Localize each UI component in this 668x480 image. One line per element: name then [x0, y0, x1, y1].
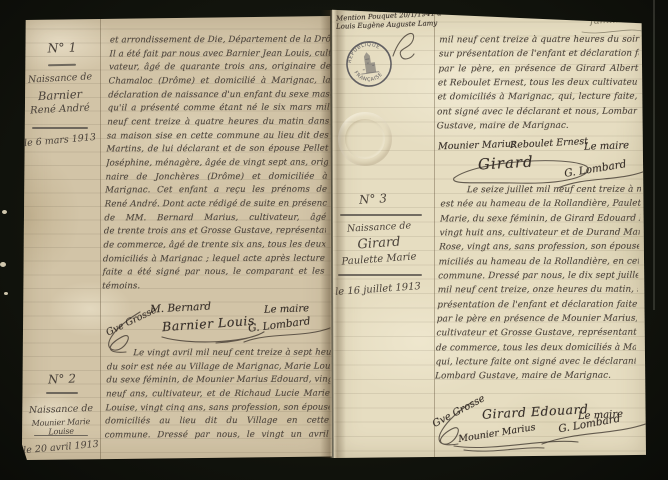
handwritten-line: commune. Dressé par nous, le dix sept ju… — [438, 269, 638, 284]
act2-body: Le vingt avril mil neuf cent treize à se… — [104, 347, 331, 443]
handwritten-line: miciliés au hameau de la Rollandière, en… — [438, 254, 638, 269]
act2-margin-label: Naissance de — [22, 403, 100, 417]
act3-margin-date: le 16 juillet 1913 — [328, 281, 429, 299]
handwritten-line: déclaration de naissance d'un enfant du … — [108, 88, 330, 102]
handwritten-line: et arrondissement de Die, Département de… — [110, 34, 332, 48]
handwritten-line: René André. Dont acte rédigé de suite en… — [104, 197, 326, 211]
handwritten-line: de commerce, tous les deux domiciliés à … — [436, 340, 636, 355]
margin-divider — [100, 16, 101, 460]
margin-rule — [46, 392, 78, 394]
margin-rule — [32, 127, 88, 129]
handwritten-line: faite a été signé par nous, le comparant… — [102, 266, 324, 280]
handwritten-line: Joséphine, ménagère, âgée de vingt sept … — [106, 157, 328, 171]
handwritten-line: sur présentation de l'enfant et déclarat… — [439, 47, 639, 62]
handwritten-line: qui, lecture faite ont signé avec le déc… — [435, 355, 635, 370]
handwritten-line: témoins. — [102, 279, 324, 293]
maire-underline — [242, 324, 334, 346]
handwritten-line: par le père en présence de Mounier Mariu… — [437, 312, 637, 327]
cover-edge-highlight — [653, 0, 655, 310]
handwritten-line: Lombard Gustave, maire de Marignac. — [435, 369, 635, 384]
handwritten-line: mil neuf cent treize à quatre heures du … — [439, 33, 639, 48]
act3-margin-number: N° 3 — [338, 190, 409, 208]
handwritten-line: de trente trois ans et Grosse Gustave, r… — [104, 225, 326, 239]
handwritten-line: Chamaloc (Drôme) et domicilié à Marignac… — [108, 75, 330, 89]
act2-signature-witness1: Reboulet Ernest — [510, 136, 589, 151]
handwritten-line: mil neuf cent treize, onze heures du mat… — [438, 283, 638, 298]
handwritten-line: du soir est née au Village de Marignac, … — [107, 360, 331, 374]
handwritten-line: naire de Jonchères (Drôme) et domiciliée… — [105, 170, 327, 184]
act1-margin-name: Barnier — [22, 86, 99, 104]
handwritten-line: par le père, en présence de Girard Alber… — [438, 61, 638, 76]
handwritten-line: est née au hameau de la Rollandière, Pau… — [440, 197, 640, 212]
maire-underline — [540, 418, 660, 448]
handwritten-line: Il a été fait par nous avec Barnier Jean… — [109, 47, 331, 61]
handwritten-line: de commerce, âgé de trente six ans, tous… — [103, 238, 325, 252]
act1-maire-label: Le maire — [264, 303, 309, 316]
handwritten-line: et Reboulet Ernest, tous les deux cultiv… — [438, 76, 638, 91]
pencil-note-small: cour — [572, 13, 587, 22]
handwritten-line: de MM. Bernard Marius, cultivateur, âgé — [104, 211, 326, 225]
handwritten-line: vingt huit ans, cultivateur et de Durand… — [439, 226, 639, 241]
register-scan: N° 1 Naissance de Barnier René André le … — [0, 0, 668, 480]
handwritten-line: neuf ans, cultivateur, et de Richaud Luc… — [106, 388, 330, 402]
handwritten-line: commune. Dressé par nous, le vingt un av… — [104, 429, 328, 443]
act1-signature-witness: M. Bernard — [150, 300, 212, 315]
handwritten-line: Le seize juillet mil neuf cent treize à … — [441, 183, 641, 198]
act2-margin-number: N° 2 — [30, 371, 94, 387]
margin-rule — [48, 64, 76, 66]
embossed-seal-ring — [345, 119, 385, 159]
handwritten-line: présentation de l'enfant et déclaration … — [437, 297, 637, 312]
handwritten-line: qu'il a présenté comme étant né le six m… — [107, 102, 329, 116]
act1-margin-number: N° 1 — [30, 39, 94, 56]
act3-body: Le seize juillet mil neuf cent treize à … — [435, 183, 641, 385]
paper-speck — [4, 292, 8, 295]
handwritten-line: Martins, de lui déclarant et de son épou… — [106, 143, 328, 157]
handwritten-line: Louise, vingt cinq ans, sans profession,… — [105, 401, 329, 415]
handwritten-line: Gustave, maire de Marignac. — [436, 119, 636, 134]
mairie-round-stamp: RÉPUBLIQUE FRANÇAISE — [342, 37, 396, 91]
handwritten-line: et domiciliés à Marignac, qui, lecture f… — [437, 90, 637, 105]
handwritten-line: ont signé avec le déclarant et nous, Lom… — [437, 104, 637, 119]
act1-body: et arrondissement de Die, Département de… — [102, 34, 332, 294]
act2-signature-declarant: Mounier Marius — [438, 139, 516, 153]
act1-margin-name2: René André — [22, 102, 98, 117]
handwritten-line: domiciliés à Marignac ; lequel acte aprè… — [103, 252, 325, 266]
act2-continuation-body: mil neuf cent treize à quatre heures du … — [436, 33, 639, 134]
right-page: Mention Pouquet 20/1/1941 à Louis Eugène… — [332, 8, 646, 458]
handwritten-line: vateur, âgé de quarante trois ans, origi… — [109, 61, 331, 75]
handwritten-line: Rose, vingt ans, sans profession, son ép… — [439, 240, 639, 255]
act2-margin-date: le 20 avril 1913 — [20, 438, 103, 456]
margin-rule — [338, 274, 422, 276]
act1-margin-date: le 6 mars 1913 — [22, 132, 99, 150]
margin-divider — [434, 8, 435, 458]
handwritten-line: neuf cent treize à quatre heures du mati… — [107, 116, 329, 130]
paper-speck — [2, 210, 7, 214]
handwritten-line: domiciliés au lieu dit du Village en cet… — [105, 415, 329, 429]
handwritten-line: sa maison sise en cette commune au lieu … — [107, 129, 329, 143]
embossed-seal — [338, 112, 392, 166]
handwritten-line: du sexe féminin, de Mounier Marius Edoua… — [106, 374, 330, 388]
handwritten-line: Marie, du sexe féminin, de Girard Edouar… — [440, 211, 640, 226]
handwritten-line: Marignac. Cet enfant a reçu les prénoms … — [105, 184, 327, 198]
margin-rule — [34, 435, 88, 436]
handwritten-line: Le vingt avril mil neuf cent treize à se… — [107, 347, 331, 361]
act2-maire-label: Le maire — [584, 140, 629, 153]
left-page: N° 1 Naissance de Barnier René André le … — [22, 16, 332, 460]
act1-margin-label: Naissance de — [22, 71, 98, 86]
margin-rule — [340, 214, 422, 216]
handwritten-line: cultivateur et Grosse Gustave, représent… — [436, 326, 636, 341]
paper-speck — [0, 262, 6, 267]
